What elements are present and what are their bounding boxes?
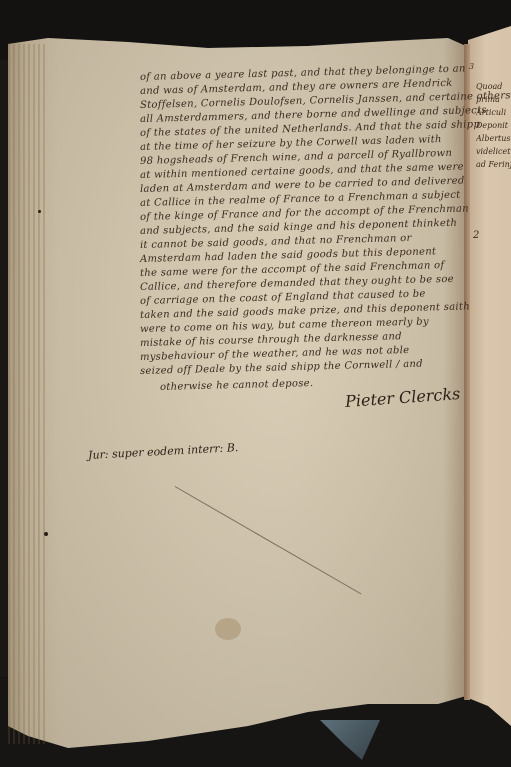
margin-line: ad Ferinj (476, 158, 511, 171)
margin-line: videlicet (476, 145, 511, 158)
folio-number: 3 (469, 62, 474, 71)
book-gutter (464, 44, 470, 700)
wormhole (38, 210, 41, 213)
margin-line: Articuli (476, 106, 511, 119)
margin-line: Quoad (476, 80, 511, 93)
facing-page-text: Quoad prima Articuli Deponit Albertus vi… (476, 80, 511, 171)
margin-line: prima (476, 93, 511, 106)
page-stain (215, 618, 241, 640)
wormhole (44, 532, 48, 536)
margin-line: Deponit (476, 119, 511, 132)
margin-line: Albertus (476, 132, 511, 145)
page-stack-edge (8, 44, 48, 744)
facing-page-mark: 2 (473, 230, 479, 241)
